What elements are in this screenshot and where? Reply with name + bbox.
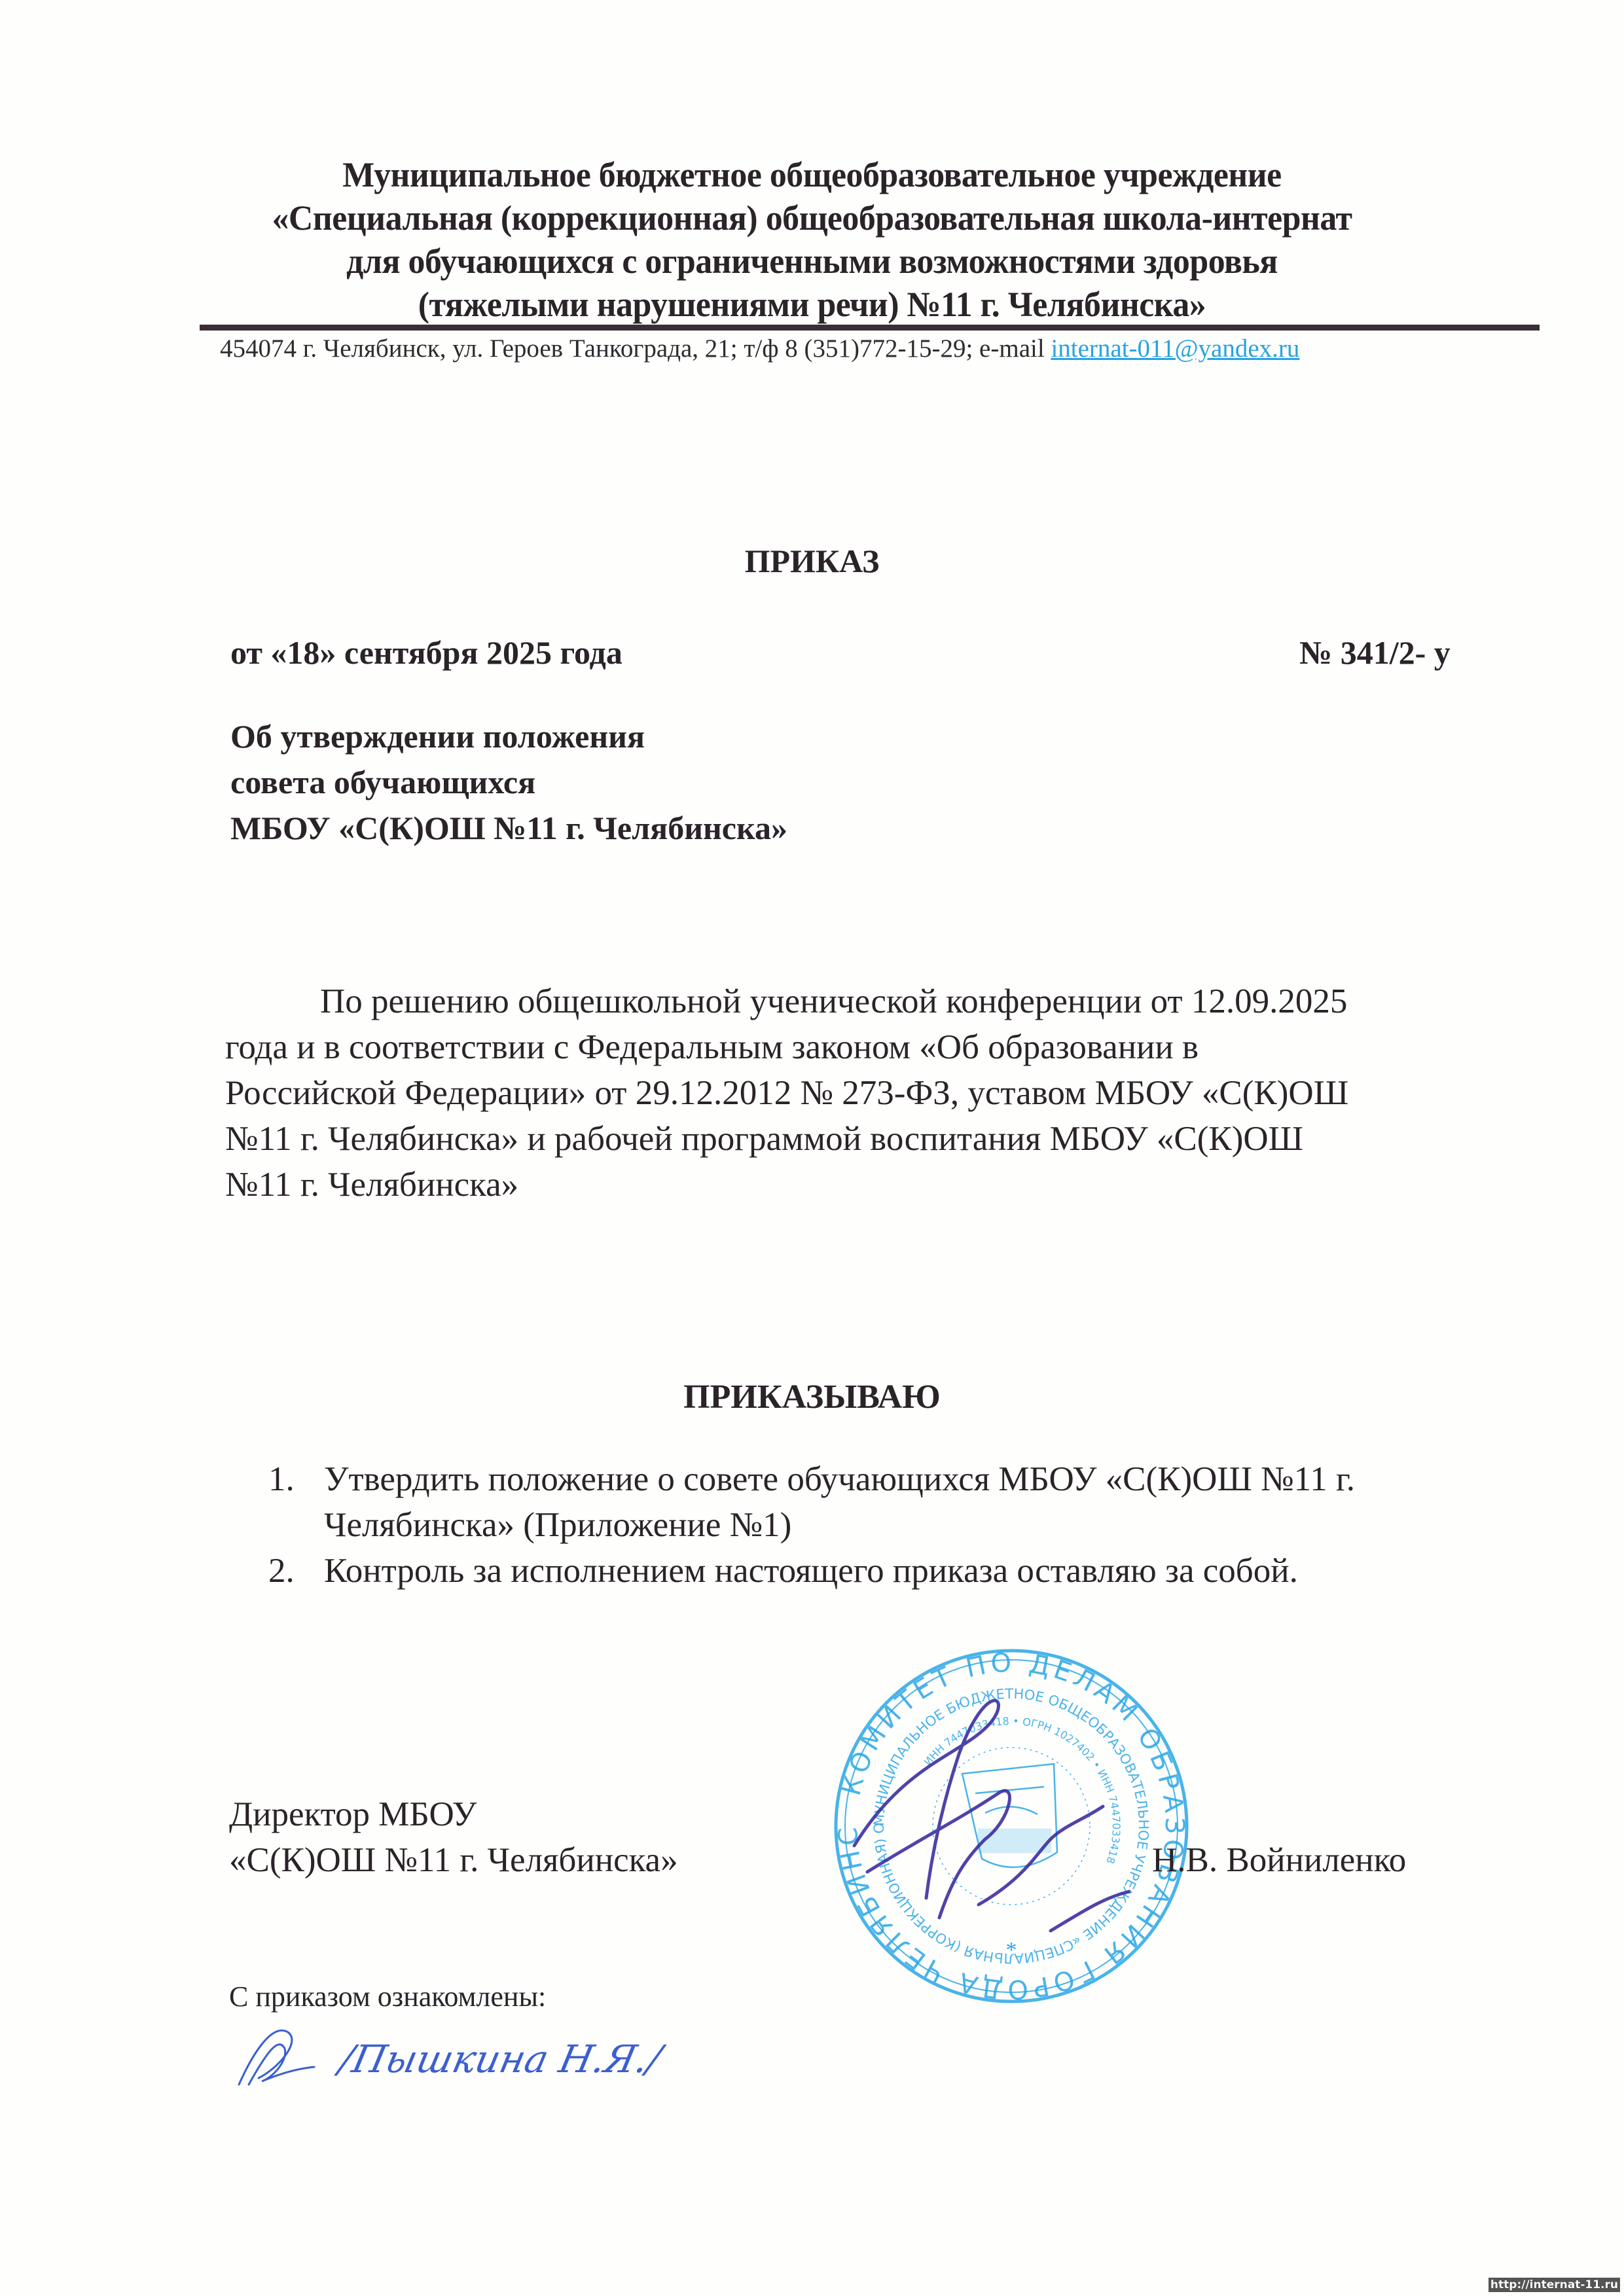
order-item: 2. Контроль за исполнением настоящего пр… xyxy=(268,1548,1355,1594)
director-title-line: «С(К)ОШ №11 г. Челябинска» xyxy=(229,1837,678,1883)
preamble-line: №11 г. Челябинска» xyxy=(225,1162,1348,1208)
director-title: Директор МБОУ «С(К)ОШ №11 г. Челябинска» xyxy=(229,1791,678,1883)
acknowledgement-label: С приказом ознакомлены: xyxy=(229,1980,546,2013)
email-link[interactable]: internat-011@yandex.ru xyxy=(1051,334,1299,363)
preamble-line: года и в соответствии с Федеральным зако… xyxy=(225,1024,1348,1070)
document-page: Муниципальное бюджетное общеобразователь… xyxy=(0,0,1624,2296)
star-icon: * xyxy=(1006,1938,1017,1962)
preamble-line: По решению общешкольной ученической конф… xyxy=(225,978,1348,1024)
subject-line: Об утверждении положения xyxy=(230,713,787,759)
preamble-line: Российской Федерации» от 29.12.2012 № 27… xyxy=(225,1070,1348,1116)
site-watermark: http://internat-11.ru xyxy=(1489,2278,1620,2292)
director-title-line: Директор МБОУ xyxy=(229,1791,678,1837)
item-text: Утвердить положение о совете обучающихся… xyxy=(324,1456,1355,1548)
order-preamble: По решению общешкольной ученической конф… xyxy=(225,978,1348,1208)
item-text: Контроль за исполнением настоящего прика… xyxy=(324,1548,1298,1594)
subject-line: МБОУ «С(К)ОШ №11 г. Челябинска» xyxy=(230,805,787,851)
org-name-line-2: «Специальная (коррекционная) общеобразов… xyxy=(33,200,1592,236)
employee-handwritten-name: /Пышкина Н.Я./ xyxy=(336,2037,666,2081)
order-item: 1. Утвердить положение о совете обучающи… xyxy=(268,1456,1355,1548)
preamble-line: №11 г. Челябинска» и рабочей программой … xyxy=(225,1116,1348,1162)
order-number: № 341/2- у xyxy=(1299,634,1451,672)
employee-signature-icon xyxy=(226,2016,317,2088)
item-number: 2. xyxy=(268,1548,324,1594)
order-items: 1. Утвердить положение о совете обучающи… xyxy=(268,1456,1355,1594)
item-line: Контроль за исполнением настоящего прика… xyxy=(324,1548,1298,1594)
org-name-line-3: для обучающихся с ограниченными возможно… xyxy=(33,243,1592,279)
directive-heading: ПРИКАЗЫВАЮ xyxy=(0,1378,1624,1416)
director-name: Н.В. Войниленко xyxy=(1152,1837,1406,1883)
subject-line: совета обучающихся xyxy=(230,759,787,805)
org-name-line-1: Муниципальное бюджетное общеобразователь… xyxy=(33,157,1592,192)
order-date: от «18» сентября 2025 года xyxy=(230,634,623,672)
letterhead-divider xyxy=(200,325,1540,331)
address-text: 454074 г. Челябинск, ул. Героев Танкогра… xyxy=(220,334,1051,363)
order-title: ПРИКАЗ xyxy=(0,542,1624,580)
coat-of-arms-icon xyxy=(962,1764,1057,1867)
item-line: Челябинска» (Приложение №1) xyxy=(324,1502,1355,1548)
item-line: Утвердить положение о совете обучающихся… xyxy=(324,1456,1355,1502)
official-stamp: КОМИТЕТ ПО ДЕЛАМ ОБРАЗОВАНИЯ ГОРОДА ЧЕЛЯ… xyxy=(828,1643,1195,2009)
item-number: 1. xyxy=(268,1456,324,1548)
org-name-line-4: (тяжелыми нарушениями речи) №11 г. Челяб… xyxy=(33,287,1592,322)
order-subject: Об утверждении положения совета обучающи… xyxy=(230,713,787,851)
org-address: 454074 г. Челябинск, ул. Героев Танкогра… xyxy=(220,334,1299,363)
